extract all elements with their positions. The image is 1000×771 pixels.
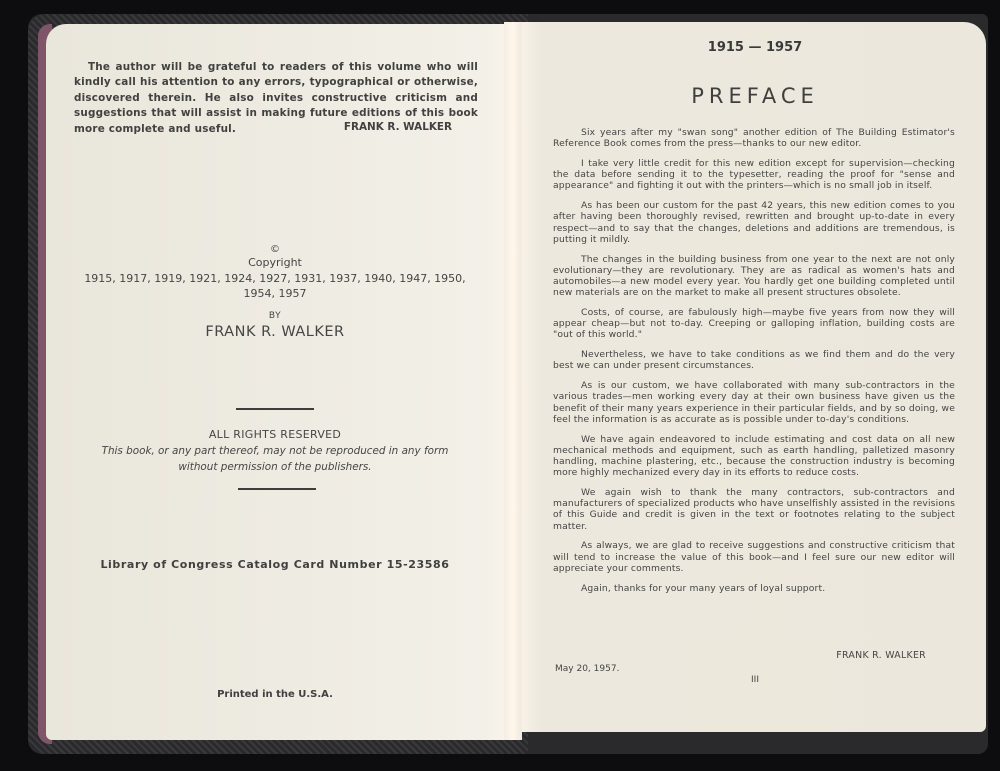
copyright-label: Copyright: [60, 256, 490, 269]
divider-bottom: [238, 488, 316, 490]
preface-paragraph: As is our custom, we have collaborated w…: [553, 380, 955, 425]
preface-paragraph: I take very little credit for this new e…: [553, 158, 955, 192]
preface-paragraph: We again wish to thank the many contract…: [553, 487, 955, 532]
preface-paragraph: Six years after my "swan song" another e…: [553, 127, 955, 149]
printed-in-usa: Printed in the U.S.A.: [60, 689, 490, 700]
preface-title: PREFACE: [540, 84, 970, 108]
preface-paragraph: Again, thanks for your many years of loy…: [553, 583, 955, 594]
by-label: BY: [60, 311, 490, 321]
preface-paragraph: Nevertheless, we have to take conditions…: [553, 349, 955, 371]
preface-paragraph: Costs, of course, are fabulously high—ma…: [553, 307, 955, 341]
preface-paragraph: The changes in the building business fro…: [553, 254, 955, 299]
book-gutter: [504, 22, 522, 740]
preface-paragraph: As has been our custom for the past 42 y…: [553, 200, 955, 245]
author-note-signature: FRANK R. WALKER: [300, 121, 452, 133]
rights-heading: ALL RIGHTS RESERVED: [60, 428, 490, 441]
preface-body: Six years after my "swan song" another e…: [553, 127, 955, 602]
copyright-years: 1915, 1917, 1919, 1921, 1924, 1927, 1931…: [70, 271, 480, 301]
rights-text: This book, or any part thereof, may not …: [90, 443, 460, 475]
page-number: III: [740, 675, 770, 685]
author-name: FRANK R. WALKER: [60, 324, 490, 340]
running-head: 1915 — 1957: [540, 40, 970, 55]
preface-paragraph: We have again endeavored to include esti…: [553, 434, 955, 479]
lccn-line: Library of Congress Catalog Card Number …: [60, 558, 490, 571]
preface-paragraph: As always, we are glad to receive sugges…: [553, 540, 955, 574]
preface-date: May 20, 1957.: [555, 664, 619, 674]
copyright-symbol: ©: [60, 244, 490, 255]
preface-signature: FRANK R. WALKER: [740, 650, 926, 661]
divider-top: [236, 408, 314, 410]
